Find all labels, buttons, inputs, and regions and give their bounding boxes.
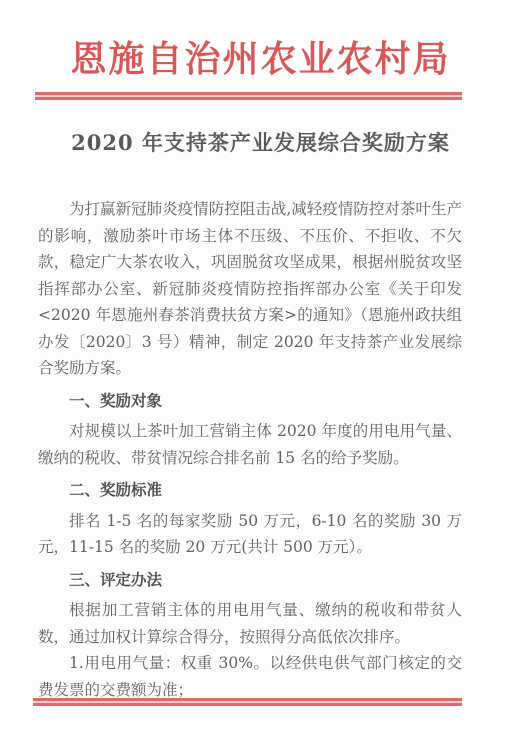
section-heading-reward-targets: 一、奖励对象	[38, 388, 462, 415]
paragraph-evaluation-method: 根据加工营销主体的用电用气量、缴纳的税收和带贫人数，通过加权计算综合得分，按照得…	[38, 597, 462, 650]
document-page: 恩施自治州农业农村局 2020 年支持茶产业发展综合奖励方案 为打赢新冠肺炎疫情…	[0, 0, 521, 735]
letterhead-rule	[35, 92, 462, 100]
document-title: 2020 年支持茶产业发展综合奖励方案	[0, 131, 521, 154]
intro-paragraph: 为打赢新冠肺炎疫情防控阻击战,减轻疫情防控对茶叶生产的影响，激励茶叶市场主体不压…	[38, 196, 462, 382]
paragraph-reward-standards: 排名 1-5 名的每家奖励 50 万元，6-10 名的奖励 30 万元，11-1…	[38, 508, 462, 561]
letterhead-org-name: 恩施自治州农业农村局	[0, 0, 521, 77]
paragraph-reward-targets: 对规模以上茶叶加工营销主体 2020 年度的用电用气量、缴纳的税收、带贫情况综合…	[38, 418, 462, 471]
section-heading-reward-standards: 二、奖励标准	[38, 477, 462, 504]
footer-rule	[33, 698, 462, 706]
document-body: 为打赢新冠肺炎疫情防控阻击战,减轻疫情防控对茶叶生产的影响，激励茶叶市场主体不压…	[38, 196, 462, 703]
section-heading-evaluation-method: 三、评定办法	[38, 567, 462, 594]
paragraph-electricity-gas-weight: 1.用电用气量：权重 30%。以经供电供气部门核定的交费发票的交费额为准；	[38, 650, 462, 703]
